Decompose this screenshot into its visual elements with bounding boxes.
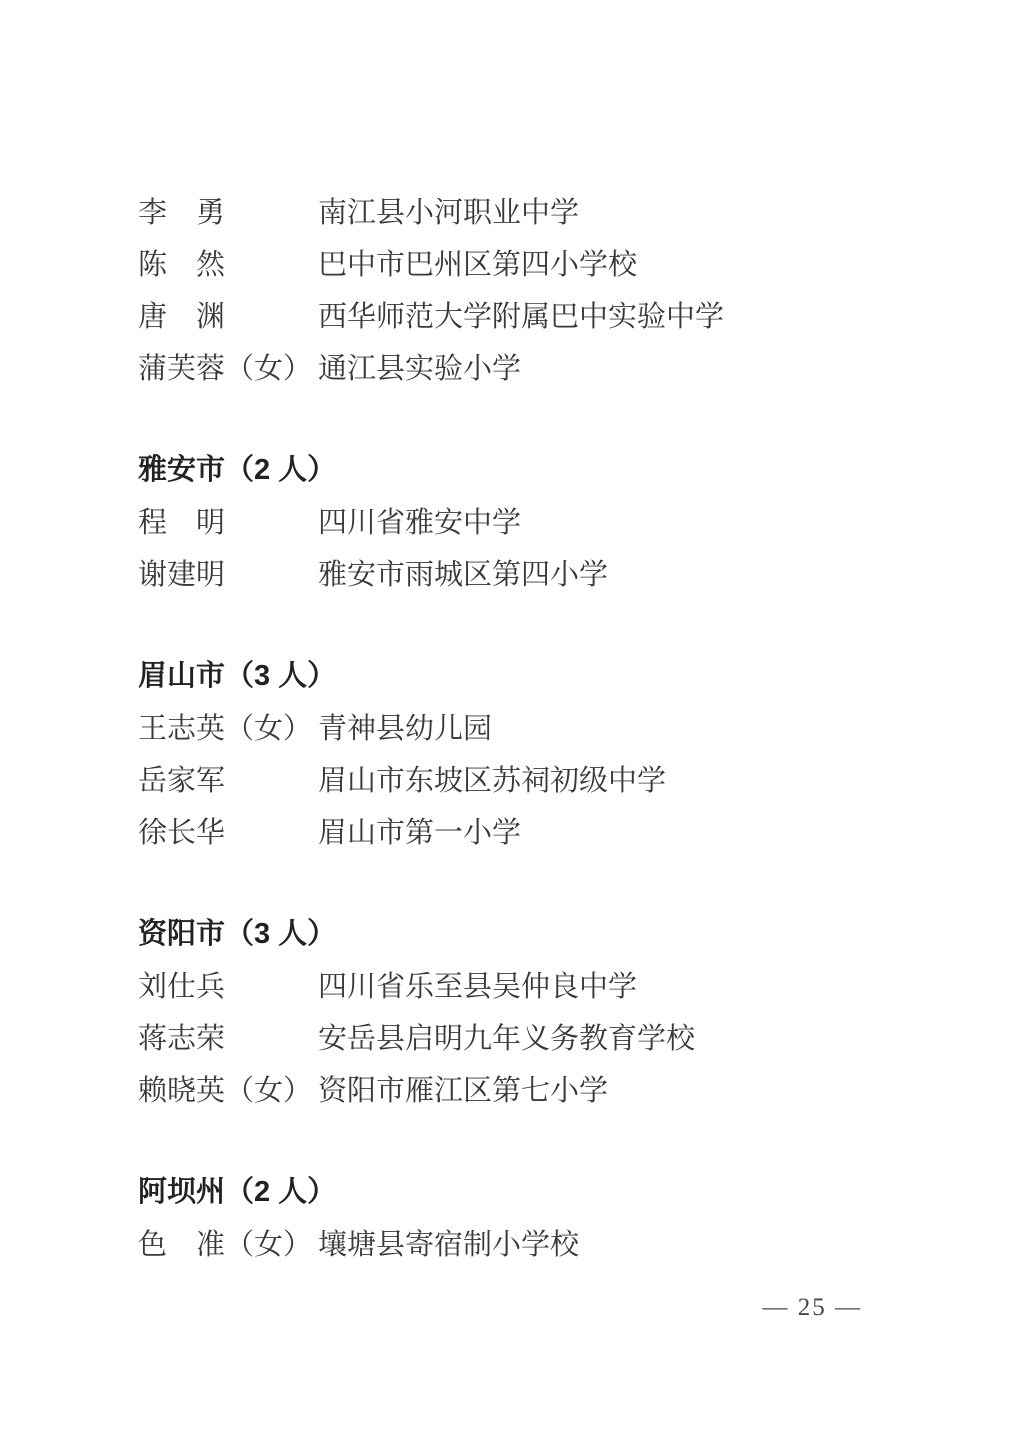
- section-header-yaan: 雅安市（2 人）: [138, 455, 898, 485]
- school-name: 壤塘县寄宿制小学校: [318, 1230, 579, 1260]
- list-item: 刘仕兵 四川省乐至县吴仲良中学: [138, 972, 898, 1002]
- school-name: 眉山市第一小学: [318, 818, 521, 848]
- school-name: 安岳县启明九年义务教育学校: [318, 1024, 695, 1054]
- person-name: 蒋志荣: [138, 1024, 318, 1054]
- list-item: 陈 然 巴中市巴州区第四小学校: [138, 250, 898, 280]
- document-page: 李 勇 南江县小河职业中学 陈 然 巴中市巴州区第四小学校 唐 渊 西华师范大学…: [0, 0, 1024, 1449]
- section-header-meishan: 眉山市（3 人）: [138, 661, 898, 691]
- list-item: 王志英（女） 青神县幼儿园: [138, 714, 898, 744]
- list-item: 蒲芙蓉（女） 通江县实验小学: [138, 354, 898, 384]
- person-name: 李 勇: [138, 198, 318, 228]
- list-item: 岳家军 眉山市东坡区苏祠初级中学: [138, 766, 898, 796]
- school-name: 西华师范大学附属巴中实验中学: [318, 302, 724, 332]
- person-name: 唐 渊: [138, 302, 318, 332]
- list-item: 蒋志荣 安岳县启明九年义务教育学校: [138, 1024, 898, 1054]
- person-name: 赖晓英（女）: [138, 1076, 318, 1106]
- school-name: 雅安市雨城区第四小学: [318, 560, 608, 590]
- school-name: 青神县幼儿园: [318, 714, 492, 744]
- person-name: 岳家军: [138, 766, 318, 796]
- person-name: 徐长华: [138, 818, 318, 848]
- person-name: 色 准（女）: [138, 1230, 318, 1260]
- person-name: 陈 然: [138, 250, 318, 280]
- list-item: 程 明 四川省雅安中学: [138, 508, 898, 538]
- section-header-aba: 阿坝州（2 人）: [138, 1177, 898, 1207]
- list-item: 李 勇 南江县小河职业中学: [138, 198, 898, 228]
- page-number: — 25 —: [763, 1294, 863, 1322]
- person-name: 刘仕兵: [138, 972, 318, 1002]
- school-name: 通江县实验小学: [318, 354, 521, 384]
- person-name: 程 明: [138, 508, 318, 538]
- person-name: 蒲芙蓉（女）: [138, 354, 318, 384]
- list-item: 唐 渊 西华师范大学附属巴中实验中学: [138, 302, 898, 332]
- list-item: 谢建明 雅安市雨城区第四小学: [138, 560, 898, 590]
- awardee-list: 李 勇 南江县小河职业中学 陈 然 巴中市巴州区第四小学校 唐 渊 西华师范大学…: [138, 198, 898, 1282]
- list-item: 徐长华 眉山市第一小学: [138, 818, 898, 848]
- school-name: 南江县小河职业中学: [318, 198, 579, 228]
- school-name: 资阳市雁江区第七小学: [318, 1076, 608, 1106]
- list-item: 色 准（女） 壤塘县寄宿制小学校: [138, 1230, 898, 1260]
- school-name: 眉山市东坡区苏祠初级中学: [318, 766, 666, 796]
- person-name: 谢建明: [138, 560, 318, 590]
- list-item: 赖晓英（女） 资阳市雁江区第七小学: [138, 1076, 898, 1106]
- school-name: 四川省雅安中学: [318, 508, 521, 538]
- school-name: 四川省乐至县吴仲良中学: [318, 972, 637, 1002]
- school-name: 巴中市巴州区第四小学校: [318, 250, 637, 280]
- person-name: 王志英（女）: [138, 714, 318, 744]
- section-header-ziyang: 资阳市（3 人）: [138, 919, 898, 949]
